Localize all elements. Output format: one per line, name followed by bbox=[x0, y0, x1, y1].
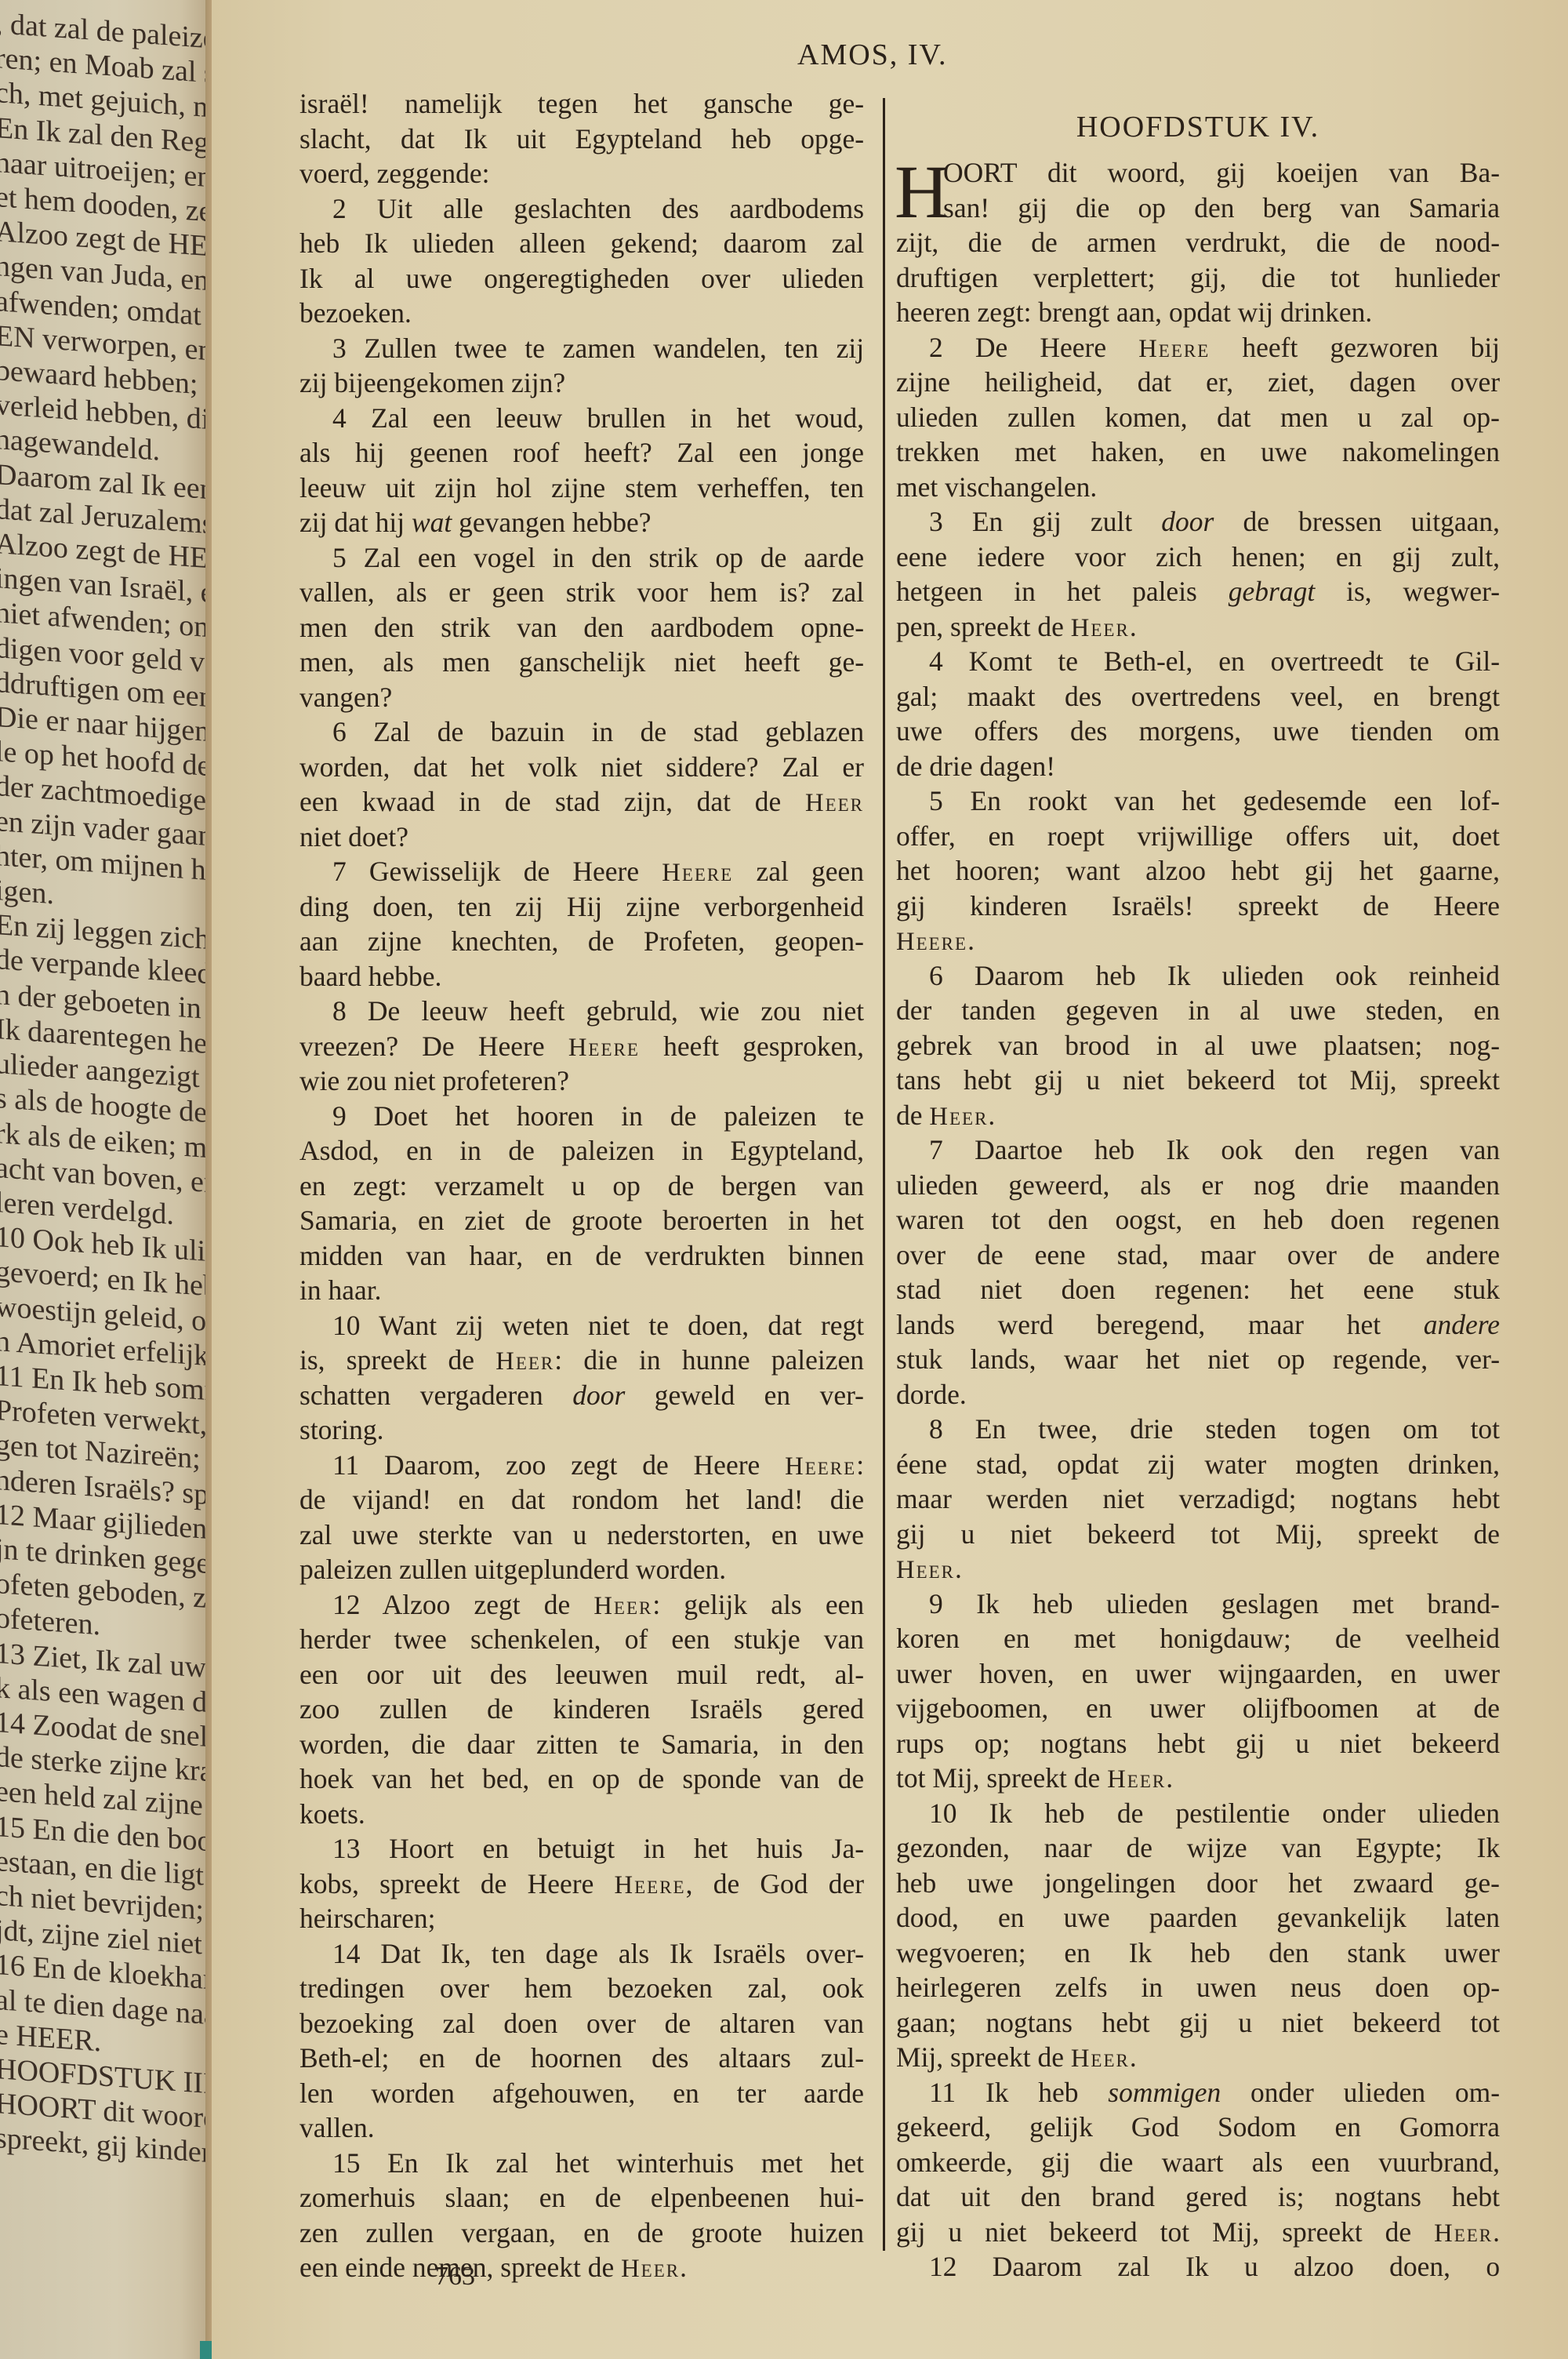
drop-cap: H bbox=[895, 158, 949, 226]
text-line: rups op; nogtans hebt gij u niet bekeerd bbox=[896, 1726, 1500, 1761]
text-line: eene iedere voor zich henen; en gij zult… bbox=[896, 540, 1500, 575]
text-line: dorde. bbox=[896, 1377, 1500, 1412]
text-line: 2 De Heere Heere heeft gezworen bij bbox=[896, 330, 1500, 365]
italic-word: door bbox=[1161, 506, 1214, 537]
text-line: waren tot den oogst, en heb doen regenen bbox=[896, 1202, 1500, 1238]
text-line: midden van haar, en de verdrukten binnen bbox=[299, 1238, 864, 1274]
text-line: gezonden, naar de wijze van Egypte; Ik bbox=[896, 1830, 1500, 1866]
text-line: 2 Uit alle geslachten des aardbodems bbox=[299, 191, 864, 227]
text-line: koren en met honigdauw; de veelheid bbox=[896, 1621, 1500, 1656]
text-line: niet doet? bbox=[299, 820, 864, 855]
text-line: gij kinderen Israëls! spreekt de Heere bbox=[896, 889, 1500, 924]
text-line: Asdod, en in de paleizen in Egypteland, bbox=[299, 1133, 864, 1169]
text-line: zijne heiligheid, dat er, ziet, dagen ov… bbox=[896, 365, 1500, 400]
text-line: tans hebt gij u niet bekeerd tot Mij, sp… bbox=[896, 1063, 1500, 1098]
text-line: koets. bbox=[299, 1797, 864, 1832]
text-line: 7 Daartoe heb Ik ook den regen van bbox=[896, 1132, 1500, 1168]
italic-word: door bbox=[572, 1379, 625, 1411]
text-line: 11 Daarom, zoo zegt de Heere Heere: bbox=[299, 1448, 864, 1483]
italic-word: andere bbox=[1424, 1309, 1500, 1340]
text-line: 3 Zullen twee te zamen wandelen, ten zij bbox=[299, 331, 864, 366]
divine-name-smallcaps: Heer bbox=[1071, 614, 1130, 642]
text-column-right: HOOFDSTUK IV. HOORT dit woord, gij koeij… bbox=[896, 110, 1500, 2284]
text-line: heb uwe jongelingen door het zwaard ge- bbox=[896, 1866, 1500, 1901]
text-line: omkeerde, gij die waart als een vuurbran… bbox=[896, 2145, 1500, 2180]
text-line: ulieden geweerd, als er nog drie maanden bbox=[896, 1168, 1500, 1203]
text-line: vijgeboomen, en uwer olijfboomen at de bbox=[896, 1691, 1500, 1726]
divine-name-smallcaps: Heer bbox=[593, 1592, 652, 1620]
text-line: voerd, zeggende: bbox=[299, 156, 864, 191]
text-line: 5 Zal een vogel in den strik op de aarde bbox=[299, 540, 864, 576]
text-line: 5 En rookt van het gedesemde een lof- bbox=[896, 783, 1500, 819]
text-line: in haar. bbox=[299, 1273, 864, 1308]
text-line: 8 En twee, drie steden togen om tot bbox=[896, 1412, 1500, 1447]
text-line: wegvoeren; en Ik heb den stank uwer bbox=[896, 1936, 1500, 1971]
text-line: zij dat hij wat gevangen hebbe? bbox=[299, 505, 864, 540]
text-line: 14 Dat Ik, ten dage als Ik Israëls over- bbox=[299, 1936, 864, 1972]
text-line: san! gij die op den berg van Samaria bbox=[896, 191, 1500, 226]
text-line: aan zijne knechten, de Profeten, geopen- bbox=[299, 924, 864, 959]
text-line: leeuw uit zijn hol zijne stem verheffen,… bbox=[299, 471, 864, 506]
text-line: uwe offers des morgens, uwe tienden om bbox=[896, 714, 1500, 749]
text-line: vangen? bbox=[299, 680, 864, 715]
text-line: zij bijeengekomen zijn? bbox=[299, 365, 864, 401]
text-line: men, als men ganschelijk niet heeft ge- bbox=[299, 645, 864, 680]
text-line: dood, en uwe paarden gevankelijk laten bbox=[896, 1900, 1500, 1936]
text-line: lands werd beregend, maar het andere bbox=[896, 1307, 1500, 1343]
text-line: stuk lands, waar het niet op regende, ve… bbox=[896, 1342, 1500, 1377]
text-line: 12 Alzoo zegt de Heer: gelijk als een bbox=[299, 1587, 864, 1623]
text-line: slacht, dat Ik uit Egypteland heb opge- bbox=[299, 122, 864, 157]
text-line: hoek van het bed, en op de sponde van de bbox=[299, 1761, 864, 1797]
text-line: een einde nemen, spreekt de Heer. bbox=[299, 2250, 864, 2285]
text-line: maar werden niet verzadigd; nogtans hebt bbox=[896, 1481, 1500, 1517]
running-head: AMOS, IV. bbox=[797, 38, 948, 72]
text-line: 7 Gewisselijk de Heere Heere zal geen bbox=[299, 854, 864, 889]
text-line: zal uwe sterkte van u nederstorten, en u… bbox=[299, 1518, 864, 1553]
text-line: 4 Komt te Beth-el, en overtreedt te Gil- bbox=[896, 644, 1500, 679]
text-line: vallen. bbox=[299, 2110, 864, 2146]
divine-name-smallcaps: Heer bbox=[1434, 2219, 1493, 2248]
text-line: ulieden zullen komen, dat men u zal op- bbox=[896, 400, 1500, 435]
text-line: 10 Want zij weten niet te doen, dat regt bbox=[299, 1308, 864, 1343]
text-line: Samaria, en ziet de groote beroerten in … bbox=[299, 1203, 864, 1238]
text-line: 13 Hoort en betuigt in het huis Ja- bbox=[299, 1831, 864, 1866]
text-line: over de eene stad, maar over de andere bbox=[896, 1238, 1500, 1273]
text-line: HOORT dit woord, gij koeijen van Ba- bbox=[896, 155, 1500, 191]
text-line: 6 Daarom heb Ik ulieden ook reinheid bbox=[896, 958, 1500, 994]
divine-name-smallcaps: Heer bbox=[1071, 2045, 1130, 2073]
text-line: offer, en roept vrijwillige offers uit, … bbox=[896, 819, 1500, 854]
text-line: 9 Doet het hooren in de paleizen te bbox=[299, 1099, 864, 1134]
divine-name-smallcaps: Heer bbox=[495, 1347, 554, 1376]
chapter-text: HOORT dit woord, gij koeijen van Ba-san!… bbox=[896, 155, 1500, 2284]
text-line: heb Ik ulieden alleen gekend; daarom zal bbox=[299, 226, 864, 261]
text-line: en zegt: verzamelt u op de bergen van bbox=[299, 1169, 864, 1204]
italic-word: wat bbox=[412, 507, 452, 538]
text-line: zen zullen vergaan, en de groote huizen bbox=[299, 2215, 864, 2251]
divine-name-smallcaps: Heer bbox=[896, 1556, 955, 1584]
text-line: tot Mij, spreekt de Heer. bbox=[896, 1761, 1500, 1796]
text-line: druftigen verplettert; gij, die tot hunl… bbox=[896, 260, 1500, 296]
text-line: tredingen over hem bezoeken zal, ook bbox=[299, 1971, 864, 2006]
text-line: 3 En gij zult door de bressen uitgaan, bbox=[896, 504, 1500, 540]
previous-page-edge: , dat zal de paleizen vanren; en Moab za… bbox=[0, 0, 212, 2359]
chapter-title: HOOFDSTUK IV. bbox=[896, 110, 1500, 149]
text-line: de drie dagen! bbox=[896, 749, 1500, 784]
divine-name-smallcaps: Heer bbox=[621, 2255, 680, 2283]
text-line: het hooren; want alzoo hebt gij het gaar… bbox=[896, 853, 1500, 889]
text-line: len worden afgehouwen, en ter aarde bbox=[299, 2076, 864, 2111]
divine-name-smallcaps: Heere bbox=[785, 1452, 856, 1481]
text-line: worden, dat het volk niet siddere? Zal e… bbox=[299, 750, 864, 785]
text-line: gal; maakt des overtredens veel, en bren… bbox=[896, 679, 1500, 714]
text-line: 4 Zal een leeuw brullen in het woud, bbox=[299, 401, 864, 436]
text-line: heirlegeren zelfs in uwen neus doen op- bbox=[896, 1970, 1500, 2005]
text-line: baard hebbe. bbox=[299, 959, 864, 994]
text-line: een oor uit des leeuwen muil redt, al- bbox=[299, 1657, 864, 1692]
text-line: kobs, spreekt de Heere Heere, de God der bbox=[299, 1866, 864, 1902]
column-divider-rule bbox=[883, 98, 885, 2251]
text-line: hetgeen in het paleis gebragt is, wegwer… bbox=[896, 574, 1500, 609]
text-line: vallen, als er geen strik voor hem is? z… bbox=[299, 575, 864, 610]
text-line: gekeerd, gelijk God Sodom en Gomorra bbox=[896, 2110, 1500, 2145]
text-line: herder twee schenkelen, of een stukje va… bbox=[299, 1622, 864, 1657]
italic-word: gebragt bbox=[1229, 576, 1315, 607]
text-line: stad niet doen regenen: het eene stuk bbox=[896, 1272, 1500, 1307]
text-line: Heere. bbox=[896, 923, 1500, 958]
text-line: gij u niet bekeerd tot Mij, spreekt de H… bbox=[896, 2215, 1500, 2250]
text-line: worden, die daar zitten te Samaria, in d… bbox=[299, 1727, 864, 1762]
text-line: ding doen, ten zij Hij zijne verborgenhe… bbox=[299, 889, 864, 925]
text-line: paleizen zullen uitgeplunderd worden. bbox=[299, 1552, 864, 1587]
text-line: wie zou niet profeteren? bbox=[299, 1063, 864, 1099]
text-line: Ik al uwe ongeregtigheden over ulieden bbox=[299, 261, 864, 296]
text-line: uwer hoven, en uwer wijngaarden, en uwer bbox=[896, 1656, 1500, 1692]
text-line: met vischangelen. bbox=[896, 470, 1500, 505]
text-line: gij u niet bekeerd tot Mij, spreekt de bbox=[896, 1517, 1500, 1552]
text-line: pen, spreekt de Heer. bbox=[896, 609, 1500, 645]
text-line: vreezen? De Heere Heere heeft gesproken, bbox=[299, 1029, 864, 1064]
divine-name-smallcaps: Heere bbox=[896, 928, 967, 956]
text-line: gaan; nogtans hebt gij u niet bekeerd to… bbox=[896, 2005, 1500, 2041]
text-line: men den strik van den aardbodem opne- bbox=[299, 610, 864, 645]
text-line: heeren zegt: brengt aan, opdat wij drink… bbox=[896, 295, 1500, 330]
text-line: zomerhuis slaan; en de elpenbeenen hui- bbox=[299, 2180, 864, 2215]
text-line: als hij geenen roof heeft? Zal een jonge bbox=[299, 435, 864, 471]
divine-name-smallcaps: Heer bbox=[805, 789, 864, 817]
text-line: trekken met haken, en uwe nakomelingen bbox=[896, 434, 1500, 470]
text-line: 6 Zal de bazuin in de stad geblazen bbox=[299, 714, 864, 750]
divine-name-smallcaps: Heere bbox=[568, 1034, 640, 1062]
previous-page-text: , dat zal de paleizen vanren; en Moab za… bbox=[0, 6, 212, 2172]
divine-name-smallcaps: Heer bbox=[1107, 1765, 1166, 1794]
text-line: Beth-el; en de hoornen des altaars zul- bbox=[299, 2041, 864, 2076]
divine-name-smallcaps: Heere bbox=[662, 859, 733, 887]
text-line: 15 En Ik zal het winterhuis met het bbox=[299, 2146, 864, 2181]
text-line: éene stad, opdat zij water mogten drinke… bbox=[896, 1447, 1500, 1482]
text-line: dat uit den brand gered is; nogtans hebt bbox=[896, 2179, 1500, 2215]
text-line: israël! namelijk tegen het gansche ge- bbox=[299, 86, 864, 122]
divine-name-smallcaps: Heere bbox=[1138, 335, 1210, 363]
text-line: zijt, die de armen verdrukt, die de nood… bbox=[896, 225, 1500, 260]
text-line: schatten vergaderen door geweld en ver- bbox=[299, 1378, 864, 1413]
page-number: 763 bbox=[435, 2262, 475, 2292]
text-line: gebrek van brood in al uwe plaatsen; nog… bbox=[896, 1028, 1500, 1063]
text-line: bezoeken. bbox=[299, 296, 864, 331]
text-line: de vijand! en dat rondom het land! die bbox=[299, 1482, 864, 1518]
text-line: 9 Ik heb ulieden geslagen met brand- bbox=[896, 1587, 1500, 1622]
text-line: zoo zullen de kinderen Israëls gered bbox=[299, 1692, 864, 1727]
text-line: storing. bbox=[299, 1412, 864, 1448]
text-line: een kwaad in de stad zijn, dat de Heer bbox=[299, 784, 864, 820]
italic-word: sommigen bbox=[1108, 2077, 1221, 2108]
text-line: de Heer. bbox=[896, 1098, 1500, 1133]
text-line: der tanden gegeven in al uwe steden, en bbox=[896, 993, 1500, 1028]
text-line: 10 Ik heb de pestilentie onder ulieden bbox=[896, 1796, 1500, 1831]
text-column-left: israël! namelijk tegen het gansche ge-sl… bbox=[299, 86, 864, 2285]
text-line: heirscharen; bbox=[299, 1901, 864, 1936]
divine-name-smallcaps: Heere bbox=[615, 1871, 686, 1899]
text-line: 12 Daarom zal Ik u alzoo doen, o bbox=[896, 2249, 1500, 2284]
divine-name-smallcaps: Heer bbox=[929, 1103, 988, 1131]
text-line: 8 De leeuw heeft gebruld, wie zou niet bbox=[299, 994, 864, 1029]
text-line: Heer. bbox=[896, 1551, 1500, 1587]
text-line: Mij, spreekt de Heer. bbox=[896, 2040, 1500, 2075]
text-line: bezoeking zal doen over de altaren van bbox=[299, 2006, 864, 2041]
text-line: 11 Ik heb sommigen onder ulieden om- bbox=[896, 2075, 1500, 2110]
text-line: is, spreekt de Heer: die in hunne paleiz… bbox=[299, 1343, 864, 1378]
